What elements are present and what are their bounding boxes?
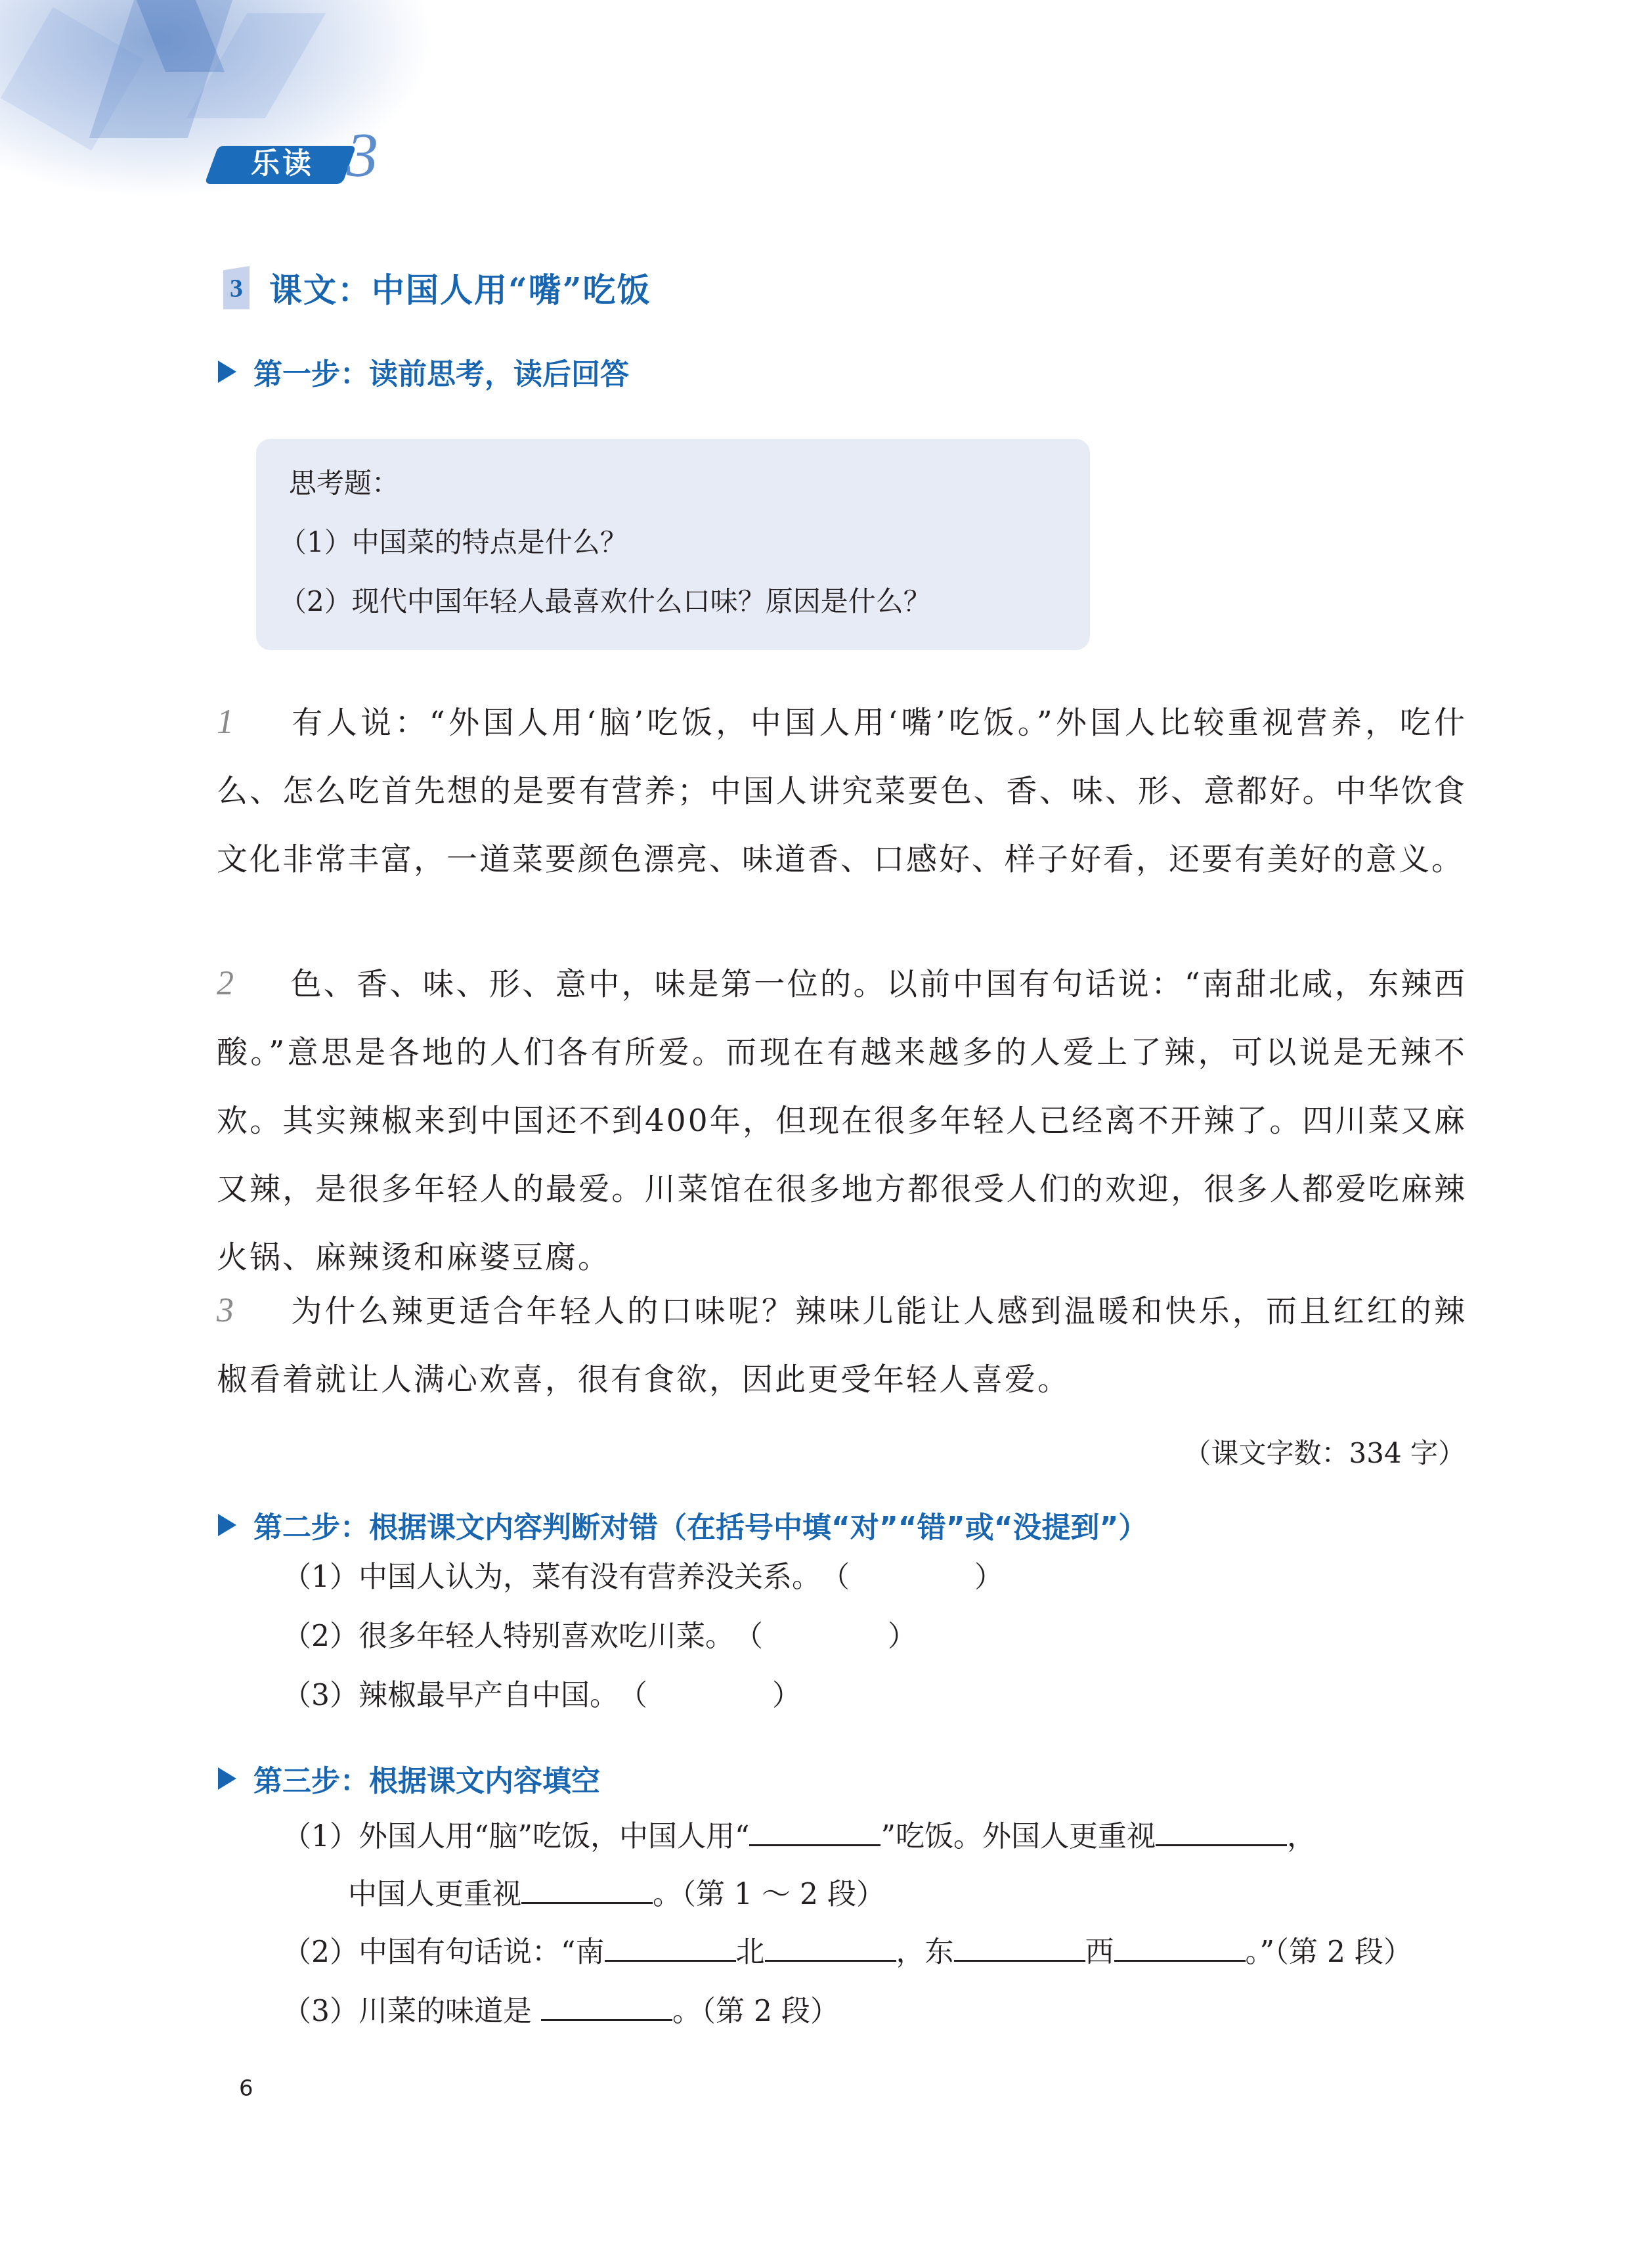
think-question-1: （1）中国菜的特点是什么？ — [279, 523, 628, 562]
true-false-item-1: （1）中国人认为，菜有没有营养没关系。（） — [282, 1558, 1003, 1597]
step2-title: 第二步：根据课文内容判断对错（在括号中填“对”“错”或“没提到”） — [253, 1504, 1148, 1546]
true-false-item-3: （3）辣椒最早产自中国。（） — [282, 1676, 801, 1716]
answer-field[interactable]: （） — [821, 1558, 1003, 1597]
step1-title: 第一步：读前思考，读后回答 — [253, 351, 629, 393]
item-label: （1）中国人认为，菜有没有营养没关系。 — [282, 1561, 821, 1594]
step1-heading: 第一步：读前思考，读后回答 — [218, 351, 629, 393]
item-text: （3）川菜的味道是 — [282, 1995, 532, 2028]
paragraph-3: 3为什么辣更适合年轻人的口味呢？辣味儿能让人感到温暖和快乐，而且红红的辣椒看着就… — [217, 1277, 1467, 1414]
item-label: （3）辣椒最早产自中国。 — [282, 1679, 619, 1712]
step3-heading: 第三步：根据课文内容填空 — [218, 1758, 600, 1800]
step2-heading: 第二步：根据课文内容判断对错（在括号中填“对”“错”或“没提到”） — [218, 1504, 1148, 1546]
paragraph-2: 2色、香、味、形、意中，味是第一位的。以前中国有句话说：“南甜北咸，东辣西酸。”… — [217, 950, 1467, 1292]
paragraph-text: 为什么辣更适合年轻人的口味呢？辣味儿能让人感到温暖和快乐，而且红红的辣椒看着就让… — [217, 1293, 1467, 1398]
page-number: 6 — [239, 2075, 253, 2102]
item-text: 。”（第 2 段） — [1246, 1936, 1412, 1969]
triangle-bullet-icon — [218, 1767, 236, 1790]
fill-blank-item-1: （1）外国人用“脑”吃饭，中国人用“”吃饭。外国人更重视， — [282, 1815, 1316, 1857]
item-label: （2）很多年轻人特别喜欢吃川菜。 — [282, 1620, 734, 1653]
step3-title: 第三步：根据课文内容填空 — [253, 1758, 600, 1800]
fill-blank-item-3: （3）川菜的味道是。（第 2 段） — [282, 1990, 839, 2031]
section-tag: 乐读 — [223, 143, 341, 185]
item-text: （1）外国人用“脑”吃饭，中国人用“ — [282, 1820, 749, 1853]
item-text: 北 — [736, 1936, 765, 1969]
triangle-bullet-icon — [218, 361, 236, 383]
fill-blank-input[interactable] — [765, 1931, 896, 1962]
fill-blank-input[interactable] — [541, 1990, 672, 2021]
item-text: 西 — [1085, 1936, 1114, 1969]
fill-blank-input[interactable] — [605, 1931, 736, 1962]
paragraph-text: 色、香、味、形、意中，味是第一位的。以前中国有句话说：“南甜北咸，东辣西酸。”意… — [217, 966, 1467, 1275]
fill-blank-input[interactable] — [749, 1815, 880, 1846]
lesson-number-badge: 3 — [223, 266, 250, 309]
item-text: ”吃饭。外国人更重视 — [880, 1820, 1156, 1853]
true-false-item-2: （2）很多年轻人特别喜欢吃川菜。（） — [282, 1617, 917, 1656]
item-text: 。（第 1 ～ 2 段） — [653, 1878, 885, 1911]
lesson-heading: 3 课文：中国人用“嘴”吃饭 — [223, 261, 651, 314]
fill-blank-input[interactable] — [954, 1931, 1085, 1962]
fill-blank-item-2: （2）中国有句话说：“南北，东西。”（第 2 段） — [282, 1931, 1412, 1972]
lesson-title: 课文：中国人用“嘴”吃饭 — [269, 264, 651, 311]
fill-blank-item-1-cont: 中国人更重视。（第 1 ～ 2 段） — [348, 1873, 885, 1915]
word-count: （课文字数：334 字） — [1183, 1432, 1466, 1471]
fill-blank-input[interactable] — [521, 1873, 653, 1904]
think-question-2: （2）现代中国年轻人最喜欢什么口味？原因是什么？ — [279, 582, 931, 621]
item-text: ， — [1287, 1820, 1316, 1853]
paragraph-number: 2 — [217, 950, 290, 1018]
answer-field[interactable]: （） — [619, 1676, 801, 1716]
paragraph-number: 3 — [217, 1277, 290, 1345]
item-text: 。（第 2 段） — [672, 1995, 839, 2028]
fill-blank-input[interactable] — [1114, 1931, 1246, 1962]
item-text: ，东 — [896, 1936, 954, 1969]
section-number: 3 — [347, 123, 378, 187]
item-text: （2）中国有句话说：“南 — [282, 1936, 605, 1969]
paragraph-number: 1 — [217, 688, 290, 757]
paragraph-text: 有人说：“外国人用‘脑’吃饭，中国人用‘嘴’吃饭。”外国人比较重视营养，吃什么、… — [217, 705, 1467, 877]
fill-blank-input[interactable] — [1156, 1815, 1287, 1846]
triangle-bullet-icon — [218, 1514, 236, 1536]
think-box-title: 思考题： — [289, 464, 399, 503]
answer-field[interactable]: （） — [734, 1617, 917, 1656]
paragraph-1: 1有人说：“外国人用‘脑’吃饭，中国人用‘嘴’吃饭。”外国人比较重视营养，吃什么… — [217, 688, 1467, 894]
item-text: 中国人更重视 — [348, 1878, 521, 1911]
